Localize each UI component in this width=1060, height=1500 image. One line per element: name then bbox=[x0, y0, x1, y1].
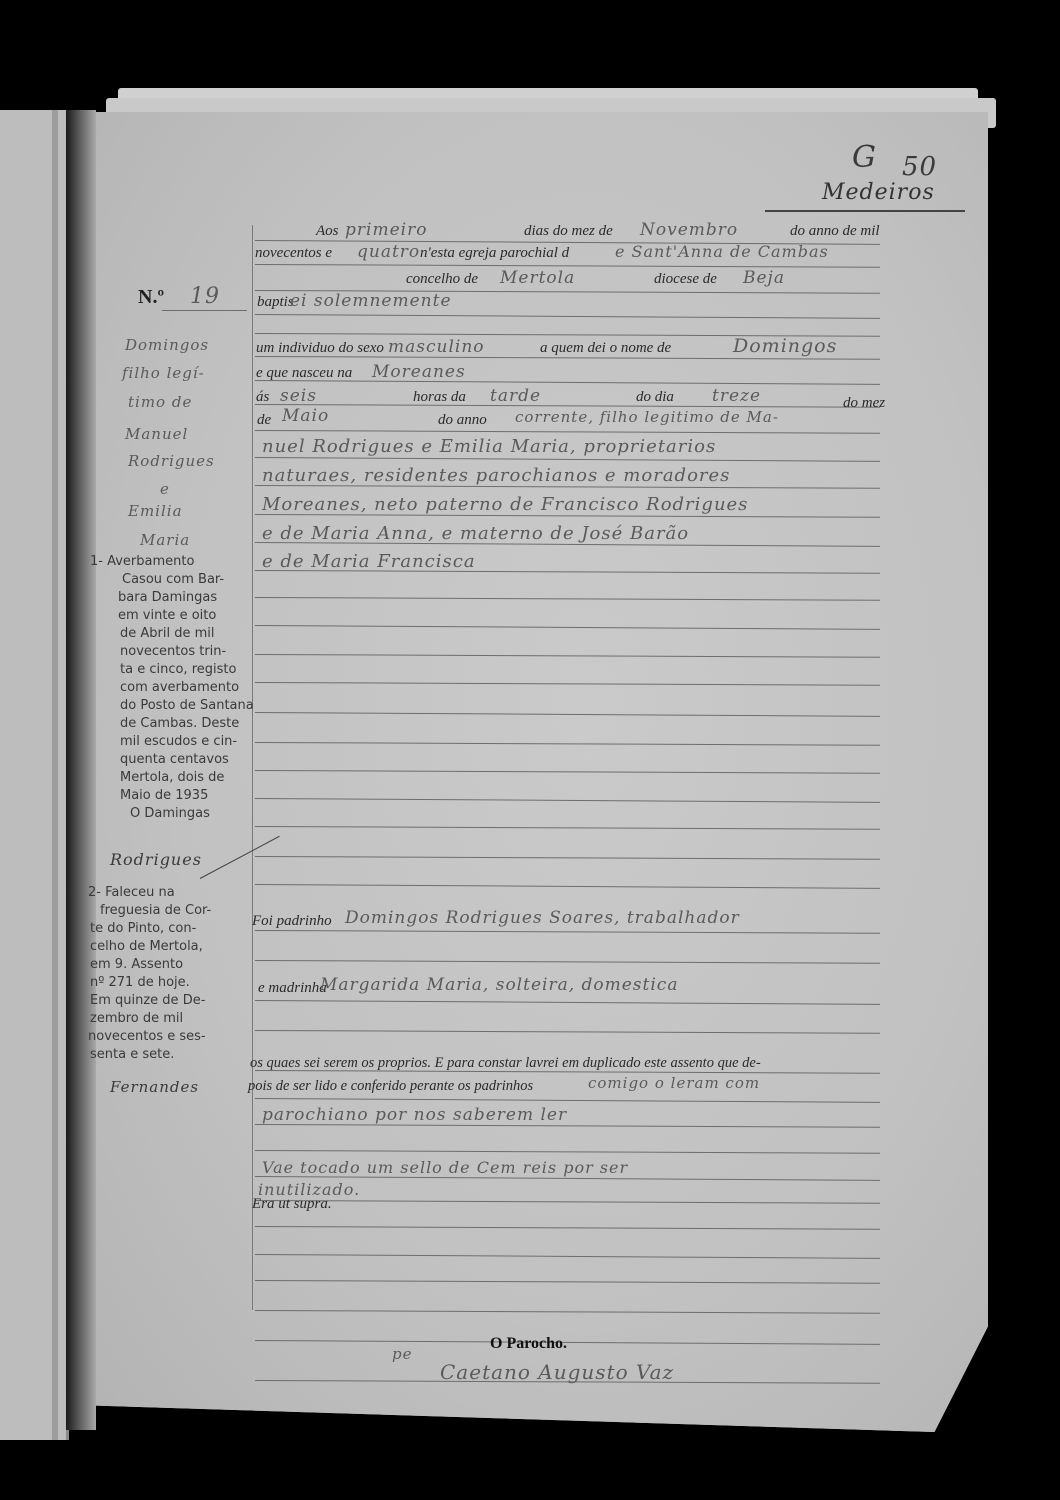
note-line: mil escudos e cin- bbox=[90, 733, 254, 751]
note-line: bara Damingas bbox=[90, 589, 254, 607]
folio-number: 50 bbox=[902, 152, 937, 182]
note-line: quenta centavos bbox=[90, 751, 254, 769]
hand-diocese: Beja bbox=[743, 268, 785, 288]
hand-parents-line-1: corrente, filho legitimo de Ma- bbox=[515, 408, 779, 426]
margin-note-death: 2- Faleceu na freguesia de Cor- te do Pi… bbox=[88, 884, 211, 1064]
margin-name-1: Domingos bbox=[125, 336, 209, 354]
left-page-edge bbox=[0, 110, 69, 1440]
hand-baptis: ei solemnemente bbox=[290, 291, 452, 311]
closing-line-1: os quaes sei serem os proprios. E para c… bbox=[250, 1055, 761, 1072]
printed-dias-do-mez: dias do mez de bbox=[524, 223, 613, 240]
hand-day-of-birth: treze bbox=[712, 386, 761, 406]
margin-note-1-signature: Rodrigues bbox=[110, 850, 202, 869]
hand-sex: masculino bbox=[388, 337, 485, 357]
folio-underline bbox=[765, 210, 965, 212]
hand-concelho: Mertola bbox=[500, 268, 575, 288]
printed-aos: Aos bbox=[316, 223, 339, 240]
entry-number-label: N.º bbox=[138, 286, 164, 309]
page-fold bbox=[52, 110, 58, 1440]
hand-grandparents-line-2: e de Maria Anna, e materno de José Barão bbox=[262, 523, 689, 544]
note-line: Mertola, dois de bbox=[90, 769, 254, 787]
margin-name-2: filho legí- bbox=[122, 364, 205, 382]
era-ut-supra: Era ut supra. bbox=[252, 1196, 332, 1213]
printed-sexo: um individuo do sexo bbox=[256, 340, 384, 357]
hand-grandparents-line-3: e de Maria Francisca bbox=[262, 551, 476, 572]
printed-concelho: concelho de bbox=[406, 271, 478, 288]
closing-hand-2: parochiano por nos saberem ler bbox=[262, 1105, 567, 1125]
hand-parish: e Sant'Anna de Cambas bbox=[615, 242, 829, 261]
note-line: de Abril de mil bbox=[90, 625, 254, 643]
hand-day: primeiro bbox=[345, 220, 427, 240]
parish-priest-signature: Caetano Augusto Vaz bbox=[440, 1360, 674, 1384]
note-line: nº 271 de hoje. bbox=[88, 974, 211, 992]
note-line: de Cambas. Deste bbox=[90, 715, 254, 733]
printed-de: de bbox=[257, 412, 271, 429]
hand-year: quatro bbox=[357, 242, 420, 262]
hand-month: Novembro bbox=[640, 220, 738, 240]
printed-horas: horas da bbox=[413, 389, 466, 406]
note-line: zembro de mil bbox=[88, 1010, 211, 1028]
note-line: novecentos trin- bbox=[90, 643, 254, 661]
parocho-title: O Parocho. bbox=[490, 1335, 567, 1353]
hand-hour: seis bbox=[280, 386, 317, 406]
note-line: O Damingas bbox=[90, 805, 254, 823]
entry-number-value: 19 bbox=[190, 284, 220, 309]
printed-do-mez: do mez bbox=[843, 395, 885, 412]
closing-hand-1: comigo o leram com bbox=[588, 1074, 760, 1092]
note-line: freguesia de Cor- bbox=[88, 902, 211, 920]
note-line: em vinte e oito bbox=[90, 607, 254, 625]
note-line: celho de Mertola, bbox=[88, 938, 211, 956]
note-line: 2- Faleceu na bbox=[88, 884, 211, 902]
hand-parents-line-3: naturaes, residentes parochianos e morad… bbox=[262, 465, 730, 486]
note-line: em 9. Assento bbox=[88, 956, 211, 974]
note-line: te do Pinto, con- bbox=[88, 920, 211, 938]
printed-diocese: diocese de bbox=[654, 271, 717, 288]
margin-name-4: Manuel bbox=[125, 425, 188, 443]
padrinho-label: Foi padrinho bbox=[252, 913, 332, 930]
printed-do-anno: do anno de mil bbox=[790, 223, 880, 240]
closing-note-1: Vae tocado um sello de Cem reis por ser bbox=[262, 1158, 628, 1177]
padrinho-value: Domingos Rodrigues Soares, trabalhador bbox=[345, 908, 740, 928]
madrinha-label: e madrinha bbox=[258, 980, 327, 997]
note-line: senta e sete. bbox=[88, 1046, 211, 1064]
note-line: ta e cinco, registo bbox=[90, 661, 254, 679]
margin-note-2-signature: Fernandes bbox=[110, 1078, 199, 1096]
printed-as: ás bbox=[256, 389, 269, 406]
closing-line-2: pois de ser lido e conferido perante os … bbox=[248, 1078, 533, 1095]
note-line: com averbamento bbox=[90, 679, 254, 697]
printed-nome: a quem dei o nome de bbox=[540, 340, 671, 357]
hand-parents-line-2: nuel Rodrigues e Emilia Maria, proprieta… bbox=[262, 436, 716, 457]
hand-name: Domingos bbox=[733, 335, 837, 357]
hand-birth-month: Maio bbox=[282, 406, 329, 426]
hand-birthplace: Moreanes bbox=[372, 362, 466, 382]
printed-baptis: baptis bbox=[257, 294, 294, 311]
hand-time-of-day: tarde bbox=[490, 386, 541, 406]
margin-name-8: Maria bbox=[140, 531, 190, 549]
printed-do-anno-2: do anno bbox=[438, 412, 487, 429]
note-line: 1- Averbamento bbox=[90, 553, 254, 571]
margin-name-7: Emilia bbox=[128, 502, 183, 520]
entry-number-rule bbox=[162, 310, 247, 311]
note-line: novecentos e ses- bbox=[88, 1028, 211, 1046]
surname-tab: Medeiros bbox=[822, 180, 935, 205]
printed-egreja: n'esta egreja parochial d bbox=[420, 245, 569, 262]
signature-prefix: pe bbox=[392, 1345, 412, 1363]
margin-name-6: e bbox=[160, 480, 170, 498]
note-line: do Posto de Santana bbox=[90, 697, 254, 715]
margin-name-3: timo de bbox=[128, 393, 192, 411]
margin-name-5: Rodrigues bbox=[128, 452, 215, 470]
folio-prefix: G bbox=[852, 140, 877, 175]
hand-grandparents-line-1: Moreanes, neto paterno de Francisco Rodr… bbox=[262, 494, 748, 515]
note-line: Casou com Bar- bbox=[90, 571, 254, 589]
margin-note-marriage: 1- Averbamento Casou com Bar- bara Damin… bbox=[90, 553, 254, 823]
madrinha-value: Margarida Maria, solteira, domestica bbox=[320, 975, 678, 995]
printed-do-dia: do dia bbox=[636, 389, 674, 406]
note-line: Em quinze de De- bbox=[88, 992, 211, 1010]
note-line: Maio de 1935 bbox=[90, 787, 254, 805]
printed-nasceu: e que nasceu na bbox=[256, 365, 352, 382]
printed-novecentos: novecentos e bbox=[255, 245, 332, 262]
